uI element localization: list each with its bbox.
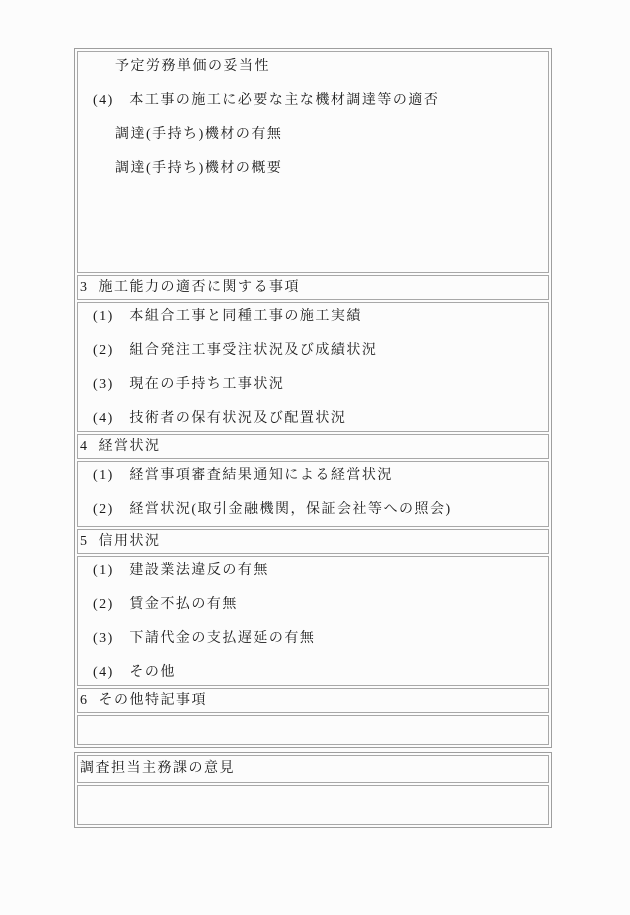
carryover-line: 調達(手持ち)機材の有無 [93, 125, 542, 145]
survey-item: (3) 下請代金の支払遅延の有無 [93, 629, 542, 649]
survey-item: (1) 経営事項審査結果通知による経営状況 [93, 466, 542, 486]
opinion-content-cell [77, 785, 549, 825]
survey-item: (2) 賃金不払の有無 [93, 595, 542, 615]
section-6-header-cell: 6 その他特記事項 [77, 688, 549, 713]
carryover-items-cell: 予定労務単価の妥当性(4) 本工事の施工に必要な主な機材調達等の適否調達(手持ち… [77, 51, 549, 273]
opinion-header-row: 調査担当主務課の意見 [77, 755, 549, 783]
document-page: 予定労務単価の妥当性(4) 本工事の施工に必要な主な機材調達等の適否調達(手持ち… [0, 0, 630, 915]
survey-item: (1) 本組合工事と同種工事の施工実績 [93, 307, 542, 327]
survey-item: (1) 建設業法違反の有無 [93, 561, 542, 581]
section-4-items-cell: (1) 経営事項審査結果通知による経営状況(2) 経営状況(取引金融機関，保証会… [77, 461, 549, 527]
reviewer-opinion-table: 調査担当主務課の意見 [74, 752, 552, 828]
section-3-header-row: 3 施工能力の適否に関する事項 [77, 275, 549, 300]
survey-item: (2) 経営状況(取引金融機関，保証会社等への照会) [93, 500, 542, 520]
section-3-items-cell: (1) 本組合工事と同種工事の施工実績(2) 組合発注工事受注状況及び成績状況(… [77, 302, 549, 432]
survey-item: (3) 現在の手持ち工事状況 [93, 375, 542, 395]
section-4-header-cell: 4 経営状況 [77, 434, 549, 459]
carryover-row: 予定労務単価の妥当性(4) 本工事の施工に必要な主な機材調達等の適否調達(手持ち… [77, 51, 549, 273]
carryover-line: 予定労務単価の妥当性 [93, 57, 542, 77]
section-3-items-row: (1) 本組合工事と同種工事の施工実績(2) 組合発注工事受注状況及び成績状況(… [77, 302, 549, 432]
section-6-notes-row [77, 715, 549, 745]
section-5-items-cell: (1) 建設業法違反の有無(2) 賃金不払の有無(3) 下請代金の支払遅延の有無… [77, 556, 549, 686]
carryover-line: 調達(手持ち)機材の概要 [93, 159, 542, 179]
opinion-content-row [77, 785, 549, 825]
survey-items-table: 予定労務単価の妥当性(4) 本工事の施工に必要な主な機材調達等の適否調達(手持ち… [74, 48, 552, 748]
section-4-items-row: (1) 経営事項審査結果通知による経営状況(2) 経営状況(取引金融機関，保証会… [77, 461, 549, 527]
opinion-header-cell: 調査担当主務課の意見 [77, 755, 549, 783]
survey-item: (4) 技術者の保有状況及び配置状況 [93, 409, 542, 429]
section-5-items-row: (1) 建設業法違反の有無(2) 賃金不払の有無(3) 下請代金の支払遅延の有無… [77, 556, 549, 686]
section-6-header-row: 6 その他特記事項 [77, 688, 549, 713]
section-5-header-row: 5 信用状況 [77, 529, 549, 554]
carryover-line: (4) 本工事の施工に必要な主な機材調達等の適否 [93, 91, 542, 111]
section-4-header-row: 4 経営状況 [77, 434, 549, 459]
section-6-notes-cell [77, 715, 549, 745]
section-3-header-cell: 3 施工能力の適否に関する事項 [77, 275, 549, 300]
survey-item: (2) 組合発注工事受注状況及び成績状況 [93, 341, 542, 361]
survey-item: (4) その他 [93, 663, 542, 683]
section-5-header-cell: 5 信用状況 [77, 529, 549, 554]
